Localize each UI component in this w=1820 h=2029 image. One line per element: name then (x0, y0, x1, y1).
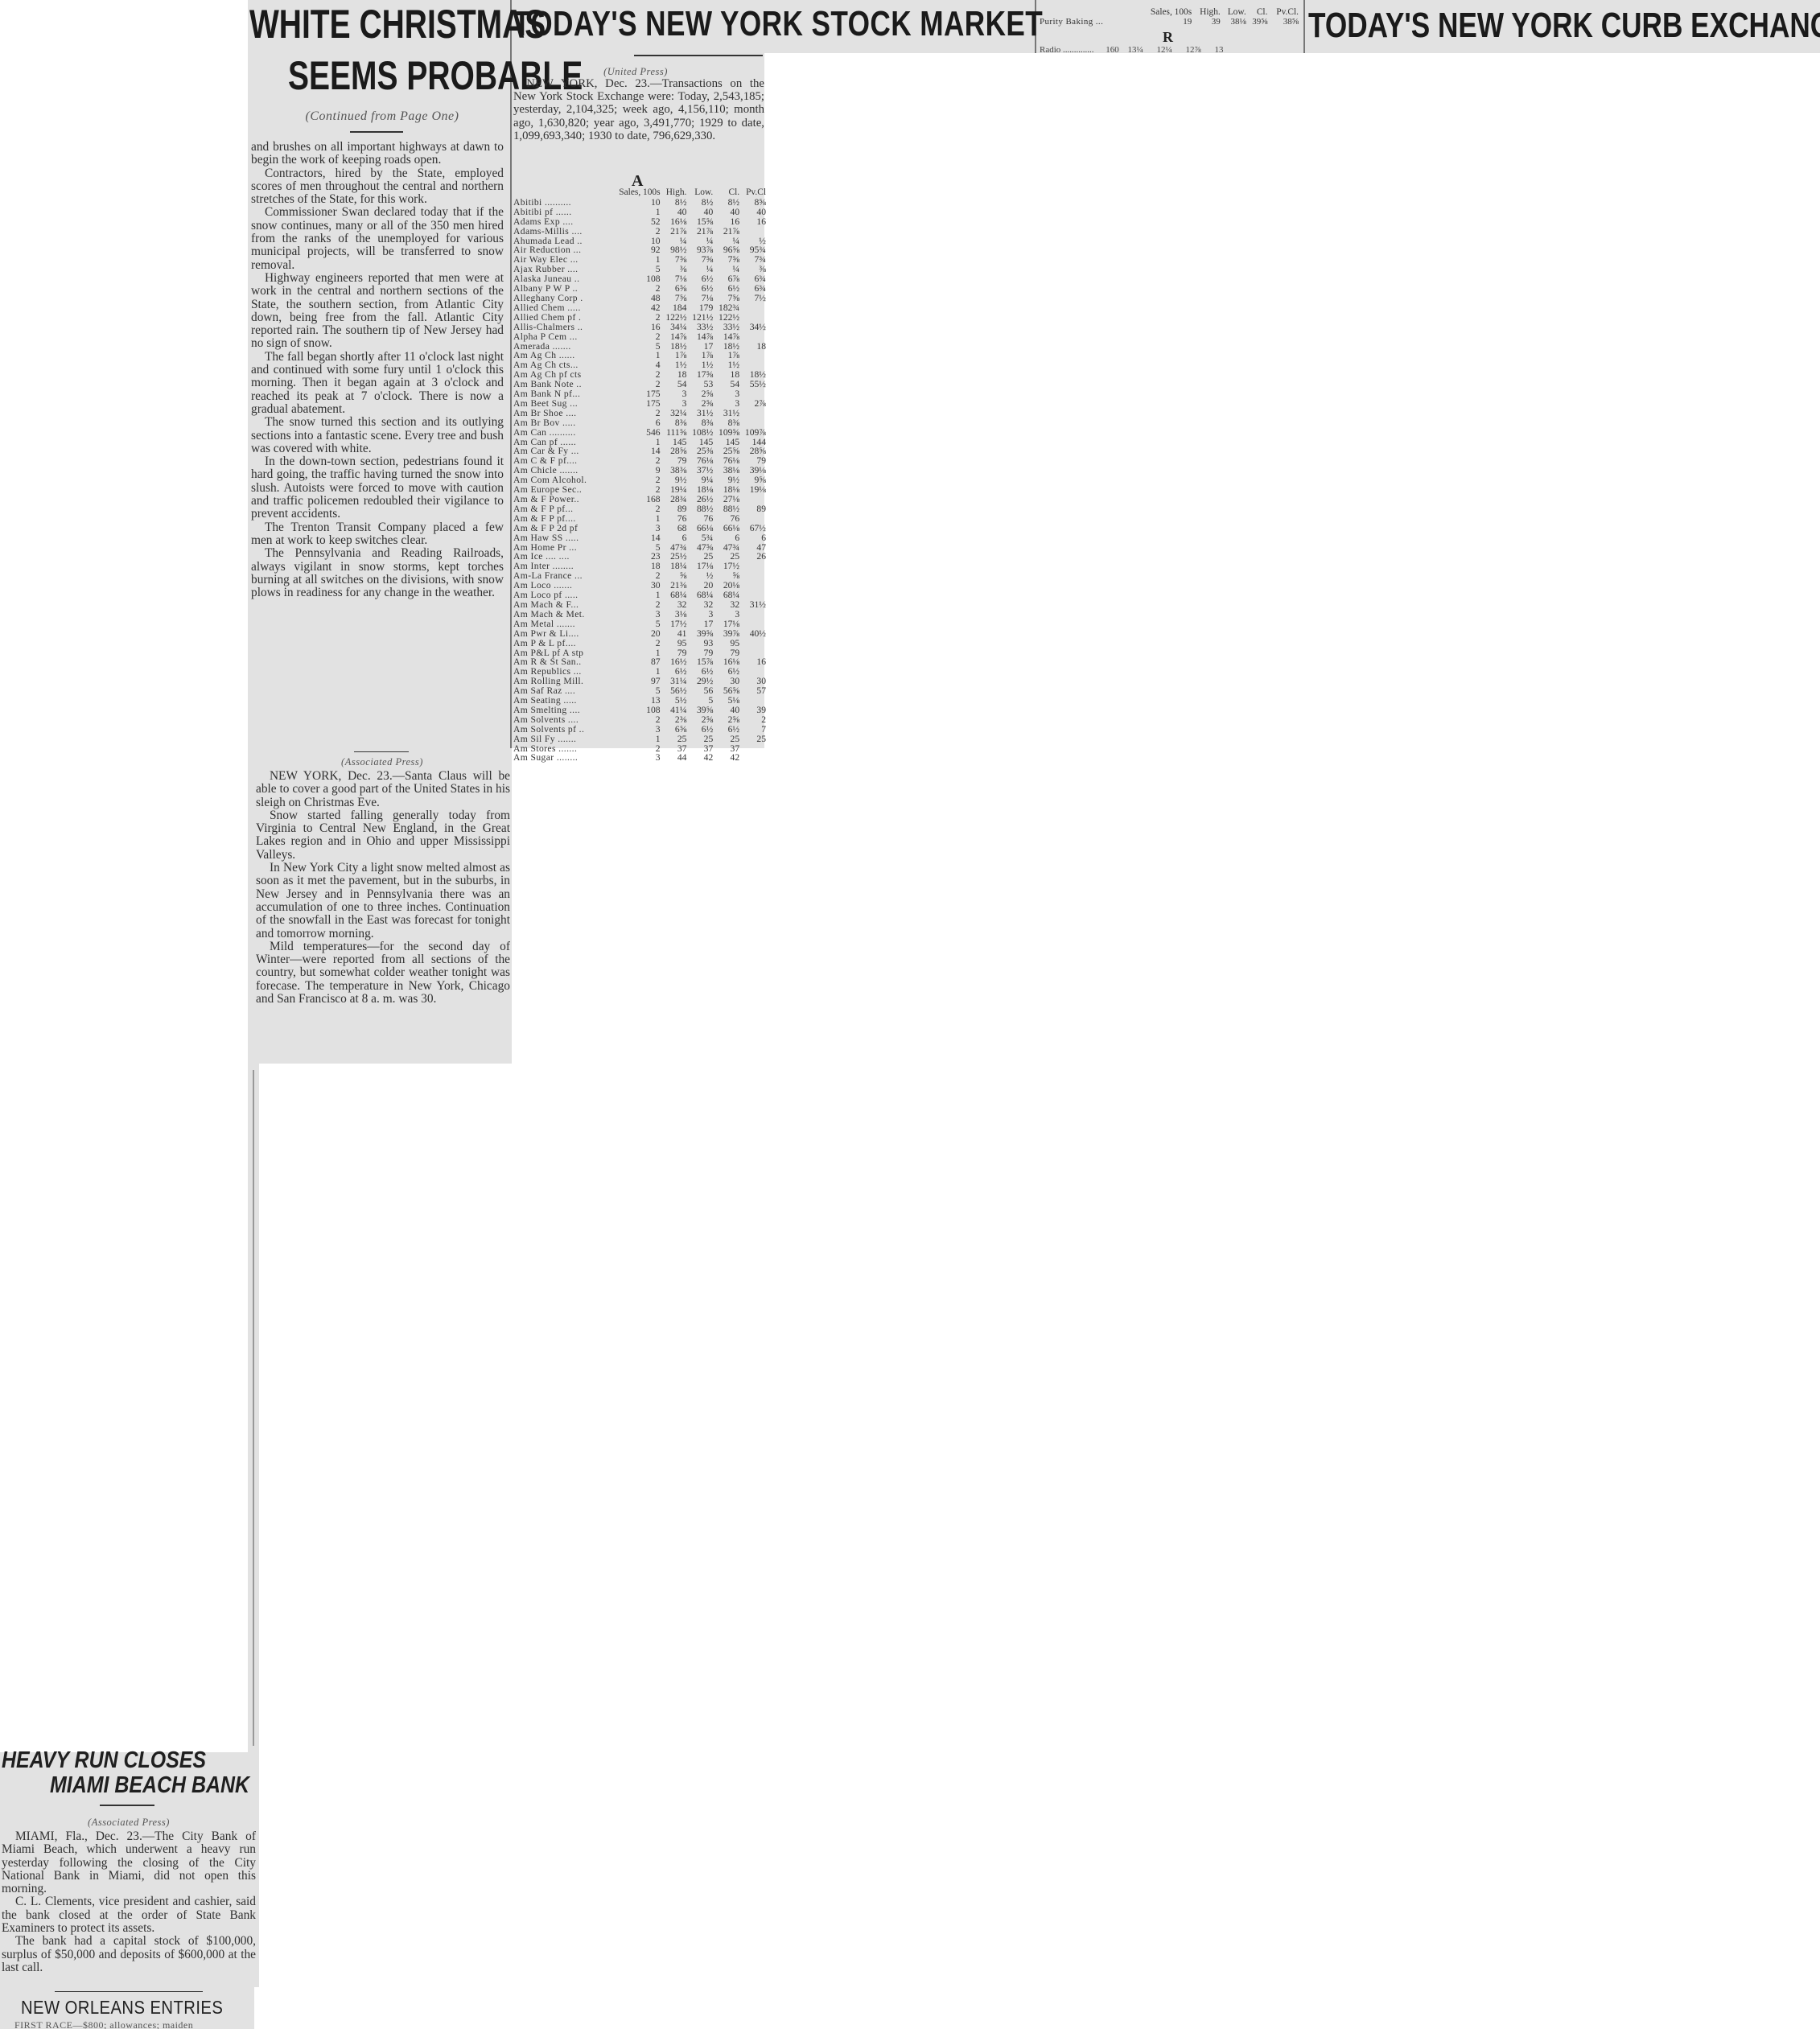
stock-sales: 30 (608, 581, 661, 591)
stock-prev-close (739, 313, 766, 323)
new-orleans-headline: NEW ORLEANS ENTRIES (21, 1997, 223, 2018)
headline-rule (100, 1805, 154, 1806)
stock-sales: 14 (608, 447, 661, 456)
stock-name: Alpha P Cem ... (513, 332, 608, 342)
stock-sales: 4 (608, 360, 661, 370)
table-row: Am & F P 2d pf36866⅛66⅛67½ (513, 524, 766, 533)
stock-prev-close: 57 (739, 686, 766, 696)
stock-prev-close (739, 351, 766, 360)
stock-prev-close (739, 418, 766, 428)
stock-prev-close (739, 514, 766, 524)
stock-high: 39 (1192, 18, 1221, 27)
stock-close: 76 (713, 514, 739, 524)
stock-sales: 546 (608, 428, 661, 438)
stock-close: 25 (713, 735, 739, 744)
stock-high: 6⅝ (661, 725, 687, 735)
stock-sales: 3 (608, 753, 661, 763)
stock-high: 32¼ (661, 409, 687, 418)
stock-table-body: Abitibi ..........108½8½8½8⅝Abitibi pf .… (513, 198, 766, 763)
stock-low: 76 (686, 514, 713, 524)
stock-high: 8⅜ (661, 418, 687, 428)
table-row: Am Sugar ........3444242 (513, 753, 766, 763)
stock-close: 66⅛ (713, 524, 739, 533)
stock-low: 17 (686, 619, 713, 629)
stock-high: 21⅞ (661, 227, 687, 237)
stock-name: Radio .............. (1040, 45, 1094, 53)
paragraph: Mild temperatures—for the second day of … (256, 940, 510, 1006)
column-divider (253, 1070, 254, 1746)
stock-prev-close: 25 (739, 735, 766, 744)
stock-name: Am Sugar ........ (513, 753, 608, 763)
stock-close: 3 (713, 610, 739, 619)
table-row: Am Pwr & Li....204139⅝39⅞40½ (513, 629, 766, 639)
stock-high: 111⅝ (661, 428, 687, 438)
stock-high: 14⅞ (661, 332, 687, 342)
stock-sales: 52 (608, 217, 661, 227)
stock-prev-close (739, 639, 766, 648)
stock-prev-close (739, 303, 766, 313)
stock-name: Allis-Chalmers .. (513, 323, 608, 332)
stock-prev-close: 38⅝ (1267, 18, 1299, 27)
table-row: Am Mach & Met.33⅛33 (513, 610, 766, 619)
paragraph: The Trenton Transit Company placed a few… (251, 521, 504, 548)
stock-close: 17⅛ (713, 619, 739, 629)
paragraph: In New York City a light snow melted alm… (256, 862, 510, 940)
stock-sales: 20 (608, 629, 661, 639)
table-row: Allied Chem .....42184179182¾ (513, 303, 766, 313)
stock-low: 121½ (686, 313, 713, 323)
stock-close: 6 (713, 533, 739, 543)
table-row: Am Metal .......517½1717⅛ (513, 619, 766, 629)
stock-prev-close: 26 (739, 552, 766, 562)
stock-prev-close (739, 610, 766, 619)
stock-fragment-table: Sales, 100s High. Low. Cl. Pv.Cl. Purity… (1040, 8, 1299, 27)
stock-high: 41 (661, 629, 687, 639)
stock-sales: 1 (608, 514, 661, 524)
stock-close: 21⅞ (713, 227, 739, 237)
stock-name: Am Pwr & Li.... (513, 629, 608, 639)
stock-name: Abitibi pf ...... (513, 208, 608, 217)
stock-high: 2⅜ (661, 715, 687, 725)
stock-sales: 42 (608, 303, 661, 313)
stock-low: 33½ (686, 323, 713, 332)
paragraph: Highway engineers reported that men were… (251, 272, 504, 351)
paragraph: C. L. Clements, vice president and cashi… (2, 1895, 256, 1935)
stock-prev-close: 89 (739, 504, 766, 514)
stock-name: Am Solvents .... (513, 715, 608, 725)
stock-low: 5¾ (686, 533, 713, 543)
stock-low: 93 (686, 639, 713, 648)
stock-close: 2⅝ (713, 715, 739, 725)
stock-sales: 1 (608, 591, 661, 600)
table-row: Am & F P pf....1767676 (513, 514, 766, 524)
stock-prev-close (739, 562, 766, 571)
stock-sales: 9 (608, 466, 661, 475)
stock-high: 122½ (661, 313, 687, 323)
stock-sales: 1 (608, 208, 661, 217)
stock-prev-close: 16 (739, 217, 766, 227)
stock-low: 8⅜ (686, 418, 713, 428)
stock-prev-close: 31½ (739, 600, 766, 610)
stock-name: Am Haw SS ..... (513, 533, 608, 543)
table-row: Am P & L pf....2959395 (513, 639, 766, 648)
paragraph: In the down-town section, pedestrians fo… (251, 455, 504, 521)
stock-prev-close: 2 (739, 715, 766, 725)
table-row: Adams-Millis ....221⅞21⅞21⅞ (513, 227, 766, 237)
table-row: Am Solvents pf ..36⅝6½6½7 (513, 725, 766, 735)
article-headline-line1: HEAVY RUN CLOSES (2, 1747, 206, 1773)
stock-prev-close (739, 744, 766, 754)
stock-sales: 3 (608, 725, 661, 735)
stock-sales: 19 (1134, 18, 1192, 27)
stock-high: 184 (661, 303, 687, 313)
stock-prev-close (739, 227, 766, 237)
stock-sales: 1 (608, 255, 661, 265)
stock-high: 25 (661, 735, 687, 744)
stock-close: 12⅞ (1186, 45, 1201, 53)
stock-sales: 2 (608, 227, 661, 237)
stock-sales: 92 (608, 245, 661, 255)
stock-close: 42 (713, 753, 739, 763)
stock-sales: 2 (608, 715, 661, 725)
headline-rule (350, 131, 403, 133)
stock-sales: 2 (608, 313, 661, 323)
stock-high: 76 (661, 514, 687, 524)
stock-prev-close (739, 332, 766, 342)
stock-close: 39⅝ (1246, 18, 1268, 27)
stock-close: 95 (713, 639, 739, 648)
stock-sales: 1 (608, 351, 661, 360)
stock-sales: 175 (608, 399, 661, 409)
stock-low: 3 (686, 610, 713, 619)
table-row: Am Br Shoe ....232¼31½31½ (513, 409, 766, 418)
stock-name: Am & F P 2d pf (513, 524, 608, 533)
paragraph: Snow started falling generally today fro… (256, 809, 510, 862)
stock-credit: (United Press) (515, 66, 756, 78)
stock-low: 6½ (686, 725, 713, 735)
stock-name: Am Can .......... (513, 428, 608, 438)
stock-name: Am & F P pf.... (513, 514, 608, 524)
stock-sales: 2 (608, 370, 661, 380)
table-row: Alpha P Cem ...214⅞14⅞14⅞ (513, 332, 766, 342)
stock-sales: 2 (608, 409, 661, 418)
stock-close: 39⅞ (713, 629, 739, 639)
ap-article-body: NEW YORK, Dec. 23.—Santa Claus will be a… (256, 770, 510, 1006)
article-body: and brushes on all important highways at… (251, 141, 504, 599)
table-row: Am Br Bov .....68⅜8⅜8⅜ (513, 418, 766, 428)
column-divider (510, 0, 512, 748)
stock-sales: 87 (608, 657, 661, 667)
stock-name: Am Mach & Met. (513, 610, 608, 619)
stock-name: Am P & L pf.... (513, 639, 608, 648)
stock-sales: 2 (608, 456, 661, 466)
stock-intro: NEW YORK, Dec. 23.—Transactions on the N… (513, 77, 764, 142)
article-body: MIAMI, Fla., Dec. 23.—The City Bank of M… (2, 1830, 256, 1974)
stock-close: 33½ (713, 323, 739, 332)
stock-sales: 1 (608, 735, 661, 744)
ap-credit: (Associated Press) (8, 1817, 249, 1829)
stock-low: 15⅝ (686, 217, 713, 227)
stock-sales: 5 (608, 342, 661, 352)
stock-sales: 160 (1106, 45, 1119, 53)
stock-prev-close: 40½ (739, 629, 766, 639)
stock-sales: 108 (608, 274, 661, 284)
stock-prev-close: 7 (739, 725, 766, 735)
stock-sales: 2 (608, 475, 661, 485)
column-divider (1303, 0, 1305, 53)
stock-prev-close: 6 (739, 533, 766, 543)
stock-prev-close (739, 571, 766, 581)
stock-low: 12¼ (1157, 45, 1172, 53)
section-letter-r: R (1163, 29, 1173, 46)
paragraph: Commissioner Swan declared today that if… (251, 206, 504, 271)
stock-table: Sales, 100s High. Low. Cl. Pv.Cl Abitibi… (513, 188, 766, 763)
stock-name: Adams-Millis .... (513, 227, 608, 237)
stock-sales: 2 (608, 744, 661, 754)
stock-prev-close (739, 581, 766, 591)
stock-prev-close: 13 (1215, 45, 1224, 53)
stock-prev-close: 34½ (739, 323, 766, 332)
article-headline-line2: MIAMI BEACH BANK (50, 1772, 249, 1798)
stock-prev-close: 55½ (739, 380, 766, 389)
stock-sales: 3 (608, 524, 661, 533)
table-row: Am Solvents ....22⅜2⅝2⅝2 (513, 715, 766, 725)
stock-name: Am Metal ....... (513, 619, 608, 629)
stock-market-headline: TODAY'S NEW YORK STOCK MARKET (513, 3, 1043, 45)
paragraph: Contractors, hired by the State, employe… (251, 167, 504, 207)
stock-prev-close: 40 (739, 208, 766, 217)
stock-sales: 14 (608, 533, 661, 543)
stock-name: Adams Exp .... (513, 217, 608, 227)
paragraph: The bank had a capital stock of $100,000… (2, 1935, 256, 1974)
stock-name: Am Br Shoe .... (513, 409, 608, 418)
stock-high: 3⅛ (661, 610, 687, 619)
paragraph: NEW YORK, Dec. 23.—Transactions on the N… (513, 77, 764, 142)
stock-low: 25 (686, 735, 713, 744)
stock-prev-close (739, 753, 766, 763)
article-subhead: (Continued from Page One) (266, 109, 499, 124)
stock-low: 14⅞ (686, 332, 713, 342)
first-race-line: FIRST RACE—$800; allowances; maiden (14, 2019, 256, 2029)
stock-close: 122½ (713, 313, 739, 323)
stock-close: 40 (713, 208, 739, 217)
curb-exchange-headline: TODAY'S NEW YORK CURB EXCHANGE (1308, 5, 1820, 47)
stock-prev-close: 19⅛ (739, 485, 766, 495)
stock-close: 8⅜ (713, 418, 739, 428)
stock-close: 182¾ (713, 303, 739, 313)
stock-sales: 108 (608, 706, 661, 715)
table-row: Am Haw SS .....1465¾66 (513, 533, 766, 543)
paragraph: and brushes on all important highways at… (251, 141, 504, 167)
stock-sales: 5 (608, 619, 661, 629)
ap-credit: (Associated Press) (266, 756, 499, 768)
stock-name: Am Sil Fy ....... (513, 735, 608, 744)
stock-sales: 2 (608, 639, 661, 648)
stock-prev-close: 16 (739, 657, 766, 667)
stock-low: 42 (686, 753, 713, 763)
stock-close: 16 (713, 217, 739, 227)
stock-sales: 2 (608, 332, 661, 342)
stock-high: 68 (661, 524, 687, 533)
stock-row-radio-partial: Radio .............. 160 13¼ 12¼ 12⅞ 13 (1040, 45, 1299, 53)
stock-sales: 168 (608, 495, 661, 504)
stock-low: 31½ (686, 409, 713, 418)
stock-sales: 2 (608, 504, 661, 514)
stock-low: 66⅛ (686, 524, 713, 533)
stock-sales: 10 (608, 198, 661, 208)
paragraph: The fall began shortly after 11 o'clock … (251, 351, 504, 416)
stock-high: 34¼ (661, 323, 687, 332)
section-rule (354, 751, 409, 752)
stock-sales: 18 (608, 562, 661, 571)
stock-name: Am Br Bov ..... (513, 418, 608, 428)
paragraph: The Pennsylvania and Reading Railroads, … (251, 547, 504, 599)
stock-high: 16⅛ (661, 217, 687, 227)
paragraph: MIAMI, Fla., Dec. 23.—The City Bank of M… (2, 1830, 256, 1895)
stock-sales: 6 (608, 418, 661, 428)
stock-high: 17½ (661, 619, 687, 629)
stock-sales: 3 (608, 610, 661, 619)
stock-high: 44 (661, 753, 687, 763)
table-row: Abitibi pf ......140404040 (513, 208, 766, 217)
stock-prev-close: 7½ (739, 294, 766, 303)
table-row: Adams Exp ....5216⅛15⅝1616 (513, 217, 766, 227)
stock-prev-close: 18 (739, 342, 766, 352)
stock-prev-close (739, 619, 766, 629)
table-row: Am Can ..........546111⅝108½109⅝109⅞ (513, 428, 766, 438)
stock-low: 179 (686, 303, 713, 313)
stock-high: 6 (661, 533, 687, 543)
stock-name: Allied Chem ..... (513, 303, 608, 313)
table-row: Purity Baking ... 19 39 38⅛ 39⅝ 38⅝ (1040, 18, 1299, 27)
stock-low: 38⅛ (1221, 18, 1246, 27)
stock-sales: 2 (608, 600, 661, 610)
section-rule (55, 1991, 203, 1992)
stock-name: Purity Baking ... (1040, 18, 1134, 27)
stock-low: 2⅝ (686, 715, 713, 725)
paragraph: NEW YORK, Dec. 23.—Santa Claus will be a… (256, 770, 510, 809)
stock-close: 31½ (713, 409, 739, 418)
stock-prev-close: 109⅞ (739, 428, 766, 438)
stock-close: 14⅞ (713, 332, 739, 342)
stock-high: 40 (661, 208, 687, 217)
stock-low: 21⅞ (686, 227, 713, 237)
article-headline-line1: WHITE CHRISTMAS (249, 2, 546, 47)
table-row: Allis-Chalmers ..1634¼33½33½34½ (513, 323, 766, 332)
stock-close: 109⅝ (713, 428, 739, 438)
stock-low: 39⅝ (686, 629, 713, 639)
table-row: Allied Chem pf .2122½121½122½ (513, 313, 766, 323)
stock-high: 13¼ (1128, 45, 1143, 53)
stock-prev-close: 2⅞ (739, 399, 766, 409)
stock-high: 95 (661, 639, 687, 648)
stock-prev-close: 67½ (739, 524, 766, 533)
headline-rule (634, 55, 763, 56)
stock-name: Am Solvents pf .. (513, 725, 608, 735)
stock-sales: 97 (608, 677, 661, 686)
paragraph: The snow turned this section and its out… (251, 416, 504, 455)
stock-name: Allied Chem pf . (513, 313, 608, 323)
stock-close: 6½ (713, 725, 739, 735)
stock-sales: 16 (608, 323, 661, 332)
table-row: Am Sil Fy .......125252525 (513, 735, 766, 744)
stock-low: 108½ (686, 428, 713, 438)
stock-prev-close (739, 409, 766, 418)
stock-low: 40 (686, 208, 713, 217)
